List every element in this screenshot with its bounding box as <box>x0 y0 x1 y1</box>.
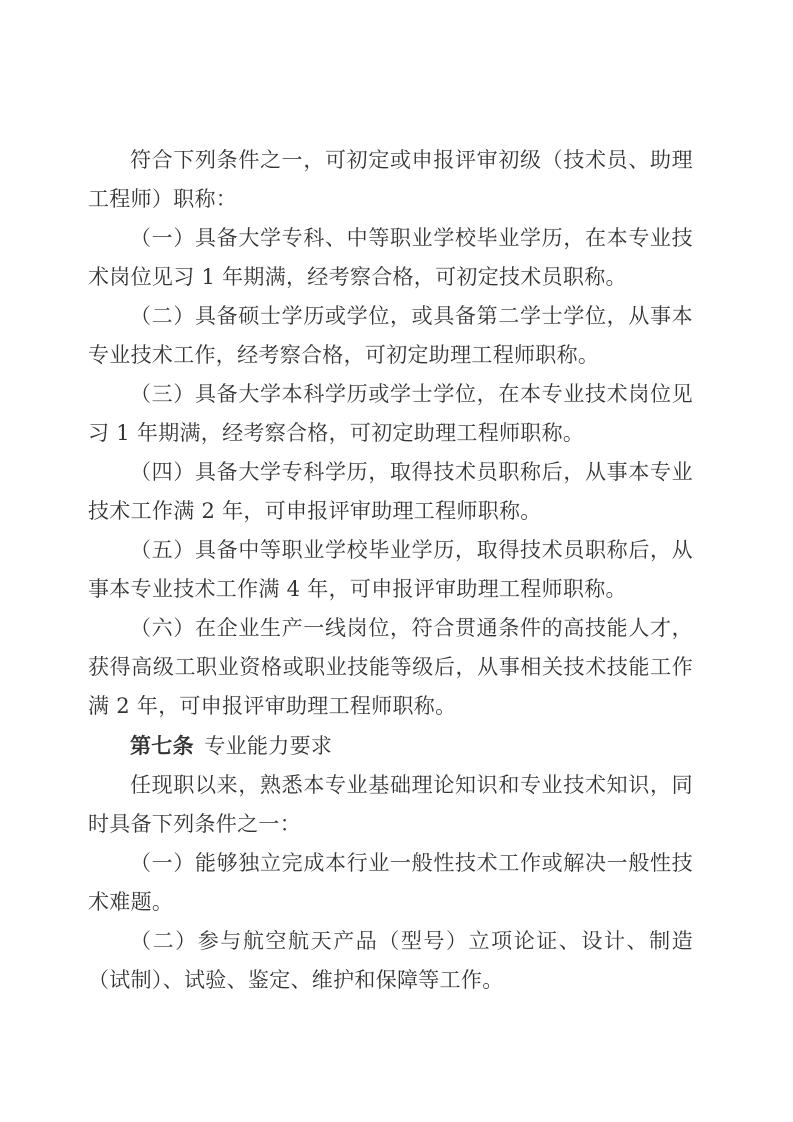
paragraph-item-4: （四）具备大学专科学历，取得技术员职称后，从事本专业技术工作满 2 年，可申报评… <box>88 453 693 531</box>
document-page: 符合下列条件之一，可初定或申报评审初级（技术员、助理工程师）职称： （一）具备大… <box>0 0 793 1122</box>
article-title: 专业能力要求 <box>204 734 332 758</box>
document-body: 符合下列条件之一，可初定或申报评审初级（技术员、助理工程师）职称： （一）具备大… <box>88 141 693 1000</box>
paragraph-item-5: （五）具备中等职业学校毕业学历，取得技术员职称后，从事本专业技术工作满 4 年，… <box>88 531 693 609</box>
paragraph-item-1: （一）具备大学专科、中等职业学校毕业学历，在本专业技术岗位见习 1 年期满，经考… <box>88 219 693 297</box>
paragraph-item-6: （六）在企业生产一线岗位，符合贯通条件的高技能人才，获得高级工职业资格或职业技能… <box>88 609 693 726</box>
paragraph-intro-junior-title: 符合下列条件之一，可初定或申报评审初级（技术员、助理工程师）职称： <box>88 141 693 219</box>
paragraph-ability-item-2: （二）参与航空航天产品（型号）立项论证、设计、制造（试制）、试验、鉴定、维护和保… <box>88 922 693 1000</box>
paragraph-item-2: （二）具备硕士学历或学位，或具备第二学士学位，从事本专业技术工作，经考察合格，可… <box>88 297 693 375</box>
article-7-heading: 第七条专业能力要求 <box>88 726 693 766</box>
paragraph-ability-intro: 任现职以来，熟悉本专业基础理论知识和专业技术知识，同时具备下列条件之一： <box>88 766 693 844</box>
article-number: 第七条 <box>130 733 194 758</box>
paragraph-item-3: （三）具备大学本科学历或学士学位，在本专业技术岗位见习 1 年期满，经考察合格，… <box>88 375 693 453</box>
paragraph-ability-item-1: （一）能够独立完成本行业一般性技术工作或解决一般性技术难题。 <box>88 844 693 922</box>
